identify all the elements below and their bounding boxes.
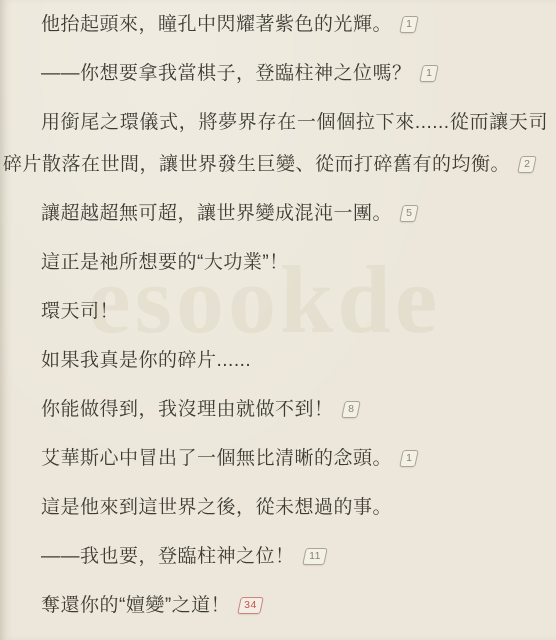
note-count: 11 [309,549,321,563]
note-count-badge[interactable]: 1 [399,450,419,467]
note-count-badge[interactable]: 5 [399,205,419,222]
paragraph-text: 這正是祂所想要的“大功業”！ [41,252,289,273]
note-count-badge[interactable]: 8 [341,401,361,418]
paragraph: 用銜尾之環儀式，將夢界存在一個個拉下來......從而讓天司碎片散落在世間，讓世… [3,102,548,186]
paragraph-text: 環天司！ [41,301,119,322]
paragraph: 讓超越超無可超，讓世界變成混沌一團。5 [3,193,548,235]
paragraph: ——你想要拿我當棋子，登臨柱神之位嗎？1 [3,53,548,95]
note-count: 1 [406,17,412,31]
paragraph-text: 這是他來到這世界之後，從未想過的事。 [41,497,392,518]
paragraph-text: 讓超越超無可超，讓世界變成混沌一團。 [41,203,392,224]
paragraph: 艾華斯心中冒出了一個無比清晰的念頭。1 [3,438,548,480]
paragraph: ——我也要，登臨柱神之位！11 [3,536,548,578]
note-count: 5 [406,206,412,220]
note-count-badge[interactable]: 34 [237,597,263,614]
paragraph: 如果我真是你的碎片...... [3,340,548,382]
note-count: 1 [406,451,412,465]
note-count: 2 [524,157,530,171]
paragraph-text: 艾華斯心中冒出了一個無比清晰的念頭。 [41,448,392,469]
paragraph: 這正是祂所想要的“大功業”！ [3,242,548,284]
paragraph-text: 奪還你的“嬗變”之道！ [41,595,230,616]
note-count: 1 [426,66,432,80]
paragraph: 這是他來到這世界之後，從未想過的事。 [3,487,548,529]
paragraph: 他抬起頭來，瞳孔中閃耀著紫色的光輝。1 [3,4,548,46]
note-count-badge[interactable]: 2 [517,156,537,173]
reader-page: 他抬起頭來，瞳孔中閃耀著紫色的光輝。1 ——你想要拿我當棋子，登臨柱神之位嗎？1… [0,0,556,627]
note-count-badge[interactable]: 1 [399,16,419,33]
note-count: 8 [348,402,354,416]
note-count-badge[interactable]: 1 [419,65,439,82]
paragraph: 奪還你的“嬗變”之道！34 [3,585,548,627]
paragraph-text: 如果我真是你的碎片...... [41,350,251,371]
paragraph-text: 用銜尾之環儀式，將夢界存在一個個拉下來......從而讓天司碎片散落在世間，讓世… [3,112,548,175]
note-count: 34 [244,598,257,612]
paragraph-text: ——你想要拿我當棋子，登臨柱神之位嗎？ [41,63,412,84]
paragraph-text: ——我也要，登臨柱神之位！ [41,546,295,567]
paragraph-text: 他抬起頭來，瞳孔中閃耀著紫色的光輝。 [41,14,392,35]
paragraph-text: 你能做得到，我沒理由就做不到！ [41,399,334,420]
note-count-badge[interactable]: 11 [302,548,328,565]
paragraph: 環天司！ [3,291,548,333]
paragraph: 你能做得到，我沒理由就做不到！8 [3,389,548,431]
